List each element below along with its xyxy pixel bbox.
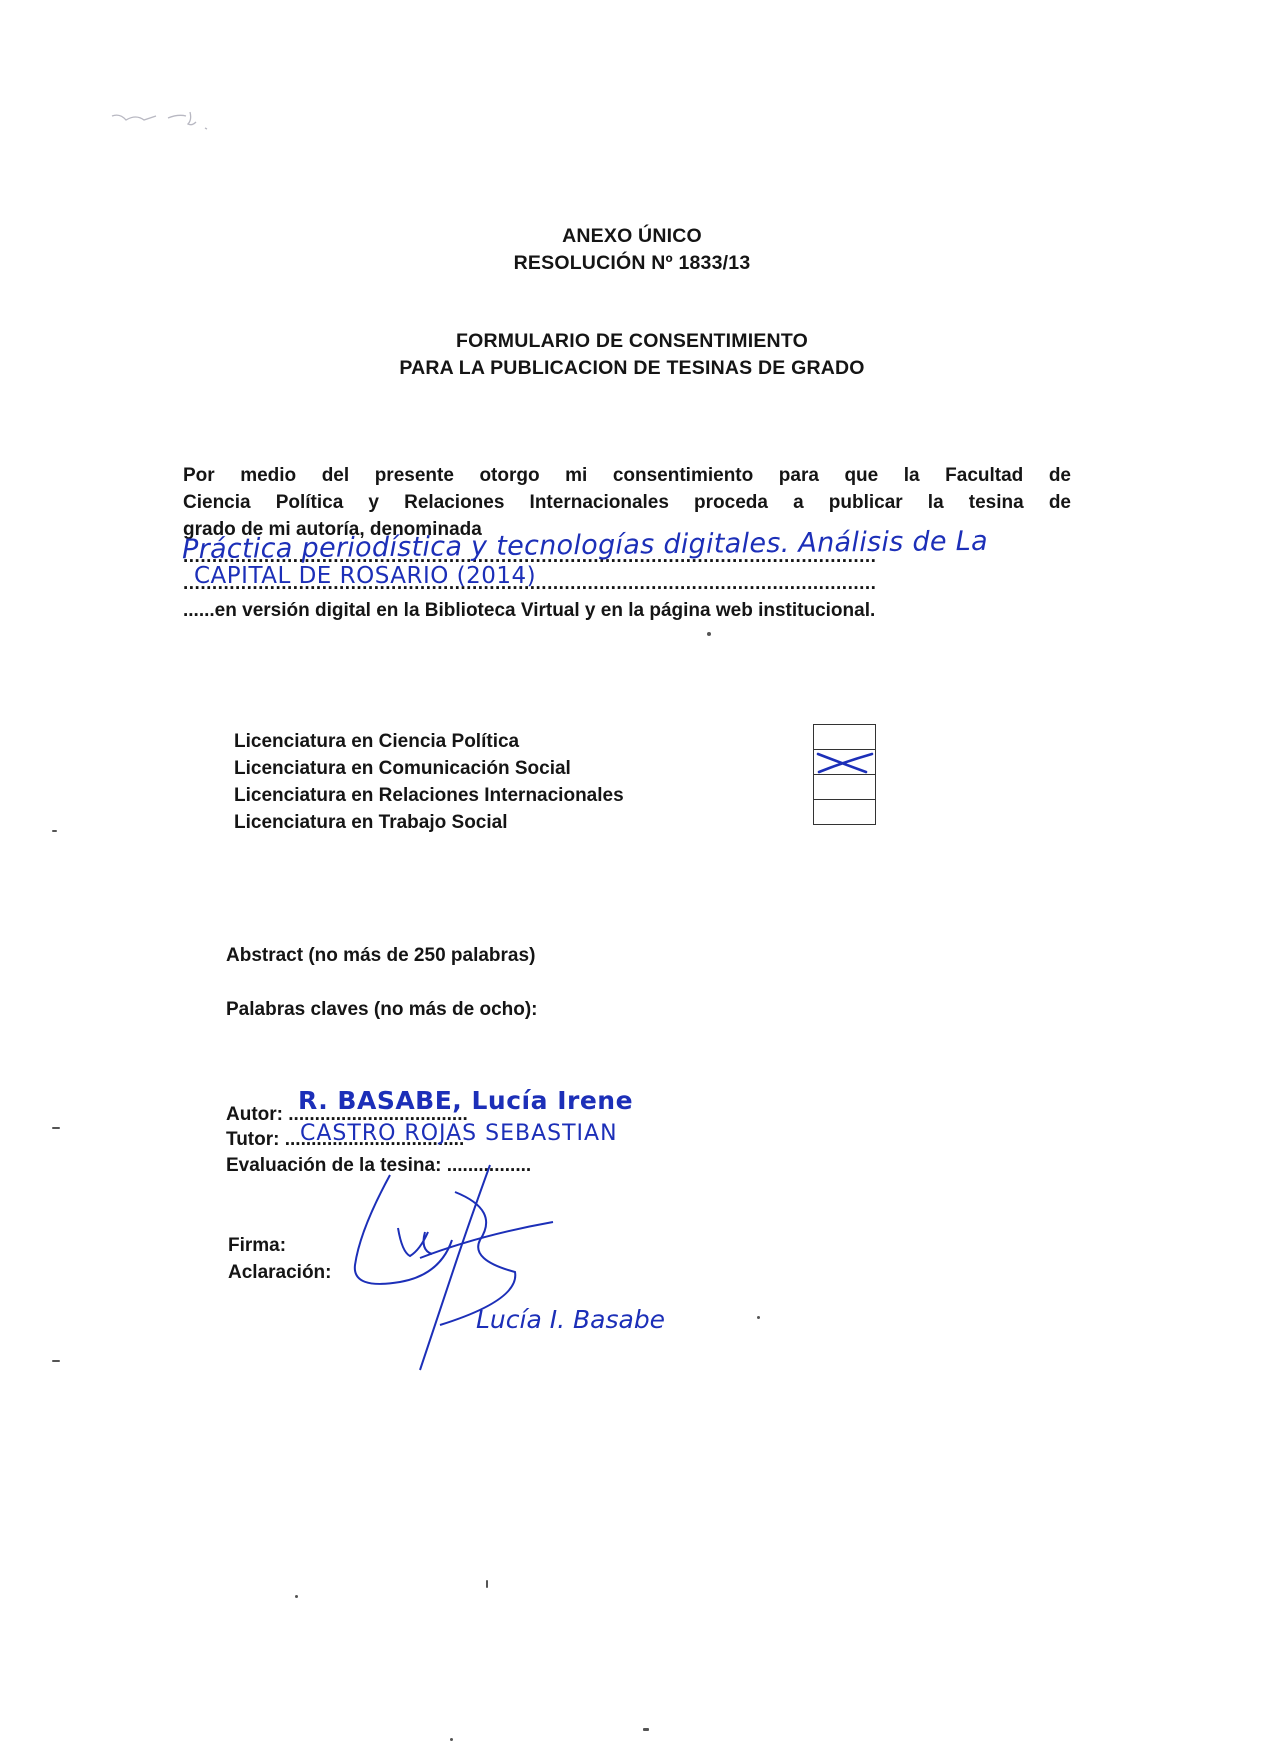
scan-speck (707, 632, 711, 636)
scan-speck (52, 1127, 60, 1129)
careers-list: Licenciatura en Ciencia Política Licenci… (234, 728, 624, 836)
clarification-handwritten-value[interactable]: Lucía I. Basabe (476, 1305, 665, 1334)
tutor-handwritten-value[interactable]: CASTRO ROJAS SEBASTIAN (300, 1121, 618, 1146)
scan-speck (486, 1580, 488, 1588)
checkbox-ciencia-politica[interactable] (813, 724, 876, 750)
keywords-label: Palabras claves (no más de ocho): (226, 999, 538, 1021)
consent-closing: ......en versión digital en la Bibliotec… (183, 597, 1071, 624)
scan-speck (643, 1728, 649, 1731)
abstract-label: Abstract (no más de 250 palabras) (226, 945, 535, 967)
career-trabajo-social: Licenciatura en Trabajo Social (234, 809, 624, 836)
handwritten-x-mark-icon (814, 750, 877, 776)
career-ciencia-politica: Licenciatura en Ciencia Política (234, 728, 624, 755)
signature-label: Firma: (228, 1235, 286, 1257)
handwritten-thesis-title-2: CAPITAL DE ROSARIO (2014) (194, 563, 536, 589)
career-checkboxes (813, 725, 876, 825)
form-title-line-2: PARA LA PUBLICACION DE TESINAS DE GRADO (0, 357, 1264, 380)
checkbox-comunicacion-social[interactable] (813, 749, 876, 775)
resolution-number: RESOLUCIÓN Nº 1833/13 (0, 252, 1264, 275)
checkbox-trabajo-social[interactable] (813, 799, 876, 825)
scan-speck (757, 1316, 760, 1319)
scan-speck (52, 830, 57, 832)
annex-title: ANEXO ÚNICO (0, 225, 1264, 248)
consent-line-1: Por medio del presente otorgo mi consent… (183, 462, 1071, 489)
evaluation-row: Evaluación de la tesina: ...............… (226, 1155, 531, 1177)
career-relaciones-internacionales: Licenciatura en Relaciones Internacional… (234, 782, 624, 809)
scan-speck (450, 1738, 453, 1741)
career-comunicacion-social: Licenciatura en Comunicación Social (234, 755, 624, 782)
consent-line-2: Ciencia Política y Relaciones Internacio… (183, 489, 1071, 516)
scan-speck (52, 1360, 60, 1362)
checkbox-relaciones-internacionales[interactable] (813, 774, 876, 800)
clarification-label: Aclaración: (228, 1262, 331, 1284)
scan-speck (295, 1595, 298, 1598)
author-handwritten-value[interactable]: R. BASABE, Lucía Irene (298, 1086, 633, 1115)
form-title-line-1: FORMULARIO DE CONSENTIMIENTO (0, 330, 1264, 353)
